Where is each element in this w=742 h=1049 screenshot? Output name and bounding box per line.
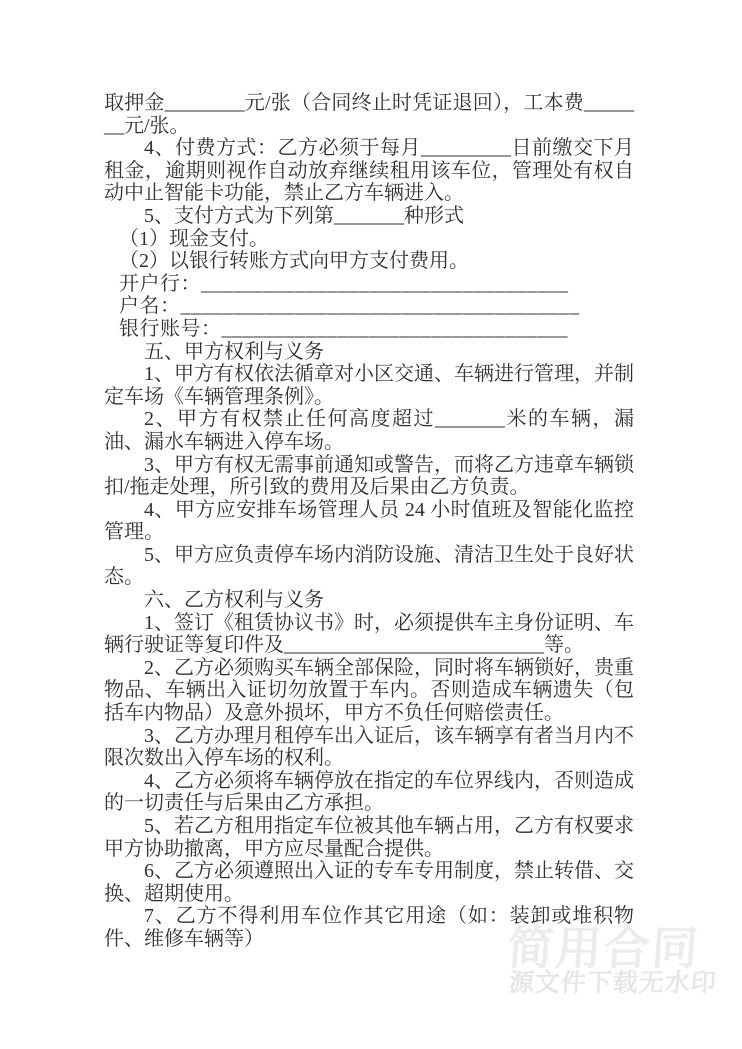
paragraph-a5: 5、甲方应负责停车场内消防设施、清洁卫生处于良好状态。 bbox=[104, 544, 634, 589]
paragraph-b6: 6、乙方必须遵照出入证的专车专用制度，禁止转借、交换、超期使用。 bbox=[104, 860, 634, 905]
watermark-tagline: 源文件下载无水印 bbox=[508, 963, 719, 999]
paragraph-option-cash: （1）现金支付。 bbox=[104, 228, 634, 251]
paragraph-a3: 3、甲方有权无需事前通知或警告，而将乙方违章车辆锁扣/拖走处理，所引致的费用及后… bbox=[104, 454, 634, 499]
paragraph-b3: 3、乙方办理月租停车出入证后，该车辆享有者当月内不限次数出入停车场的权利。 bbox=[104, 725, 634, 770]
paragraph-payment-method: 4、付费方式：乙方必须于每月_________日前缴交下月租金，逾期则视作自动放… bbox=[104, 137, 634, 205]
paragraph-a1: 1、甲方有权依法循章对小区交通、车辆进行管理，并制定车场《车辆管理条例》。 bbox=[104, 363, 634, 408]
contract-page: 取押金________元/张（合同终止时凭证退回），工本费_______元/张。… bbox=[0, 0, 742, 1049]
paragraph-option-bank-transfer: （2）以银行转账方式向甲方支付费用。 bbox=[104, 250, 634, 273]
paragraph-b5: 5、若乙方租用指定车位被其他车辆占用，乙方有权要求甲方协助撤离，甲方应尽量配合提… bbox=[104, 815, 634, 860]
section-heading-party-b-rights: 六、乙方权利与义务 bbox=[104, 589, 634, 612]
paragraph-b2: 2、乙方必须购买车辆全部保险，同时将车辆锁好，贵重物品、车辆出入证切勿放置于车内… bbox=[104, 657, 634, 725]
section-heading-party-a-rights: 五、甲方权利与义务 bbox=[104, 341, 634, 364]
paragraph-deposit-continuation: 取押金________元/张（合同终止时凭证退回），工本费_______元/张。 bbox=[104, 92, 634, 137]
paragraph-b4: 4、乙方必须将车辆停放在指定的车位界线内，否则造成的一切责任与后果由乙方承担。 bbox=[104, 770, 634, 815]
paragraph-payment-form: 5、支付方式为下列第_______种形式 bbox=[104, 205, 634, 228]
bank-account-number-line: 银行账号：_________________________________ bbox=[104, 318, 634, 341]
paragraph-a4: 4、甲方应安排车场管理人员 24 小时值班及智能化监控管理。 bbox=[104, 499, 634, 544]
paragraph-b1: 1、签订《租赁协议书》时，必须提供车主身份证明、车辆行驶证等复印件及______… bbox=[104, 612, 634, 657]
paragraph-a2: 2、甲方有权禁止任何高度超过_______米的车辆，漏油、漏水车辆进入停车场。 bbox=[104, 408, 634, 453]
contract-body: 取押金________元/张（合同终止时凭证退回），工本费_______元/张。… bbox=[104, 92, 634, 951]
account-holder-line: 户名：_____________________________________… bbox=[104, 295, 634, 318]
bank-name-line: 开户行：___________________________________ bbox=[104, 273, 634, 296]
